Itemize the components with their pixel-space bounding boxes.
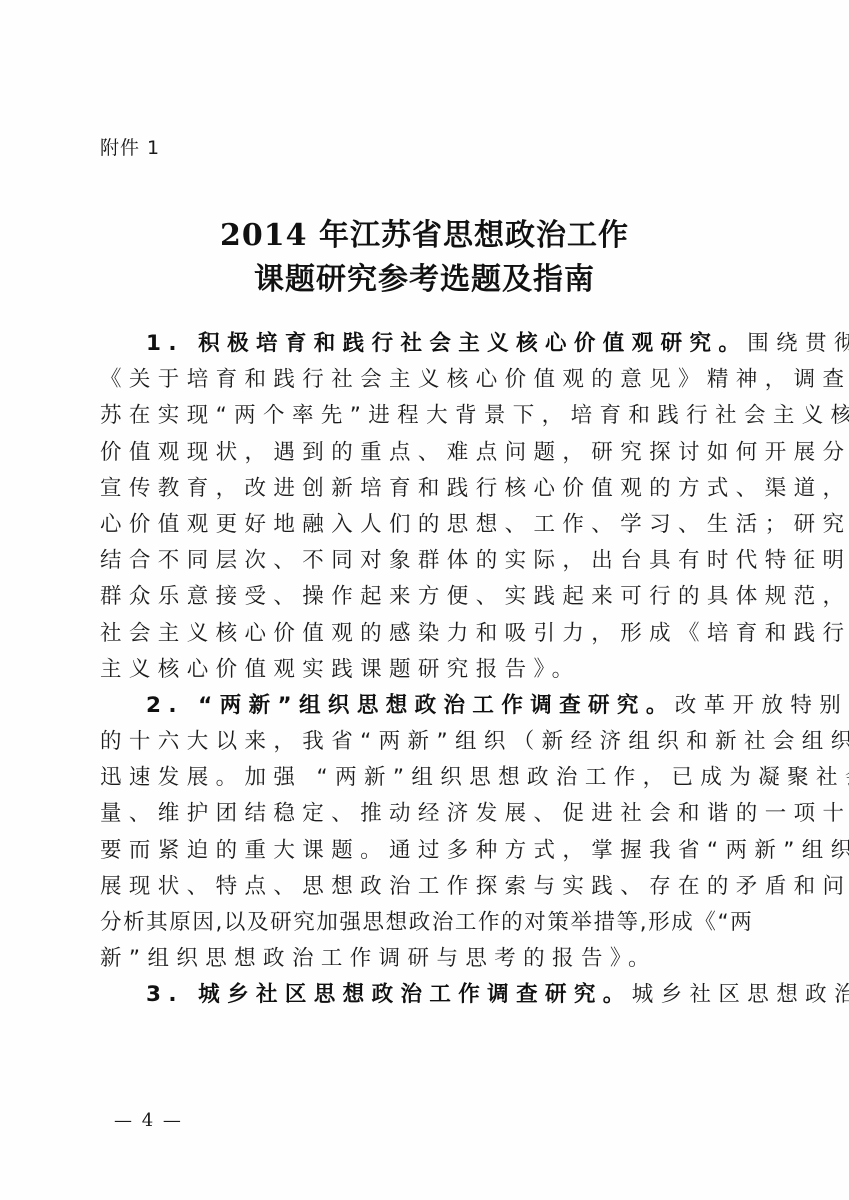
section-2-heading: “两新”组织思想政治工作调查研究。 xyxy=(198,693,675,718)
section-1-line: 宣传教育，改进创新培育和践行核心价值观的方式、渠道，使核 xyxy=(100,471,748,507)
attachment-label: 附件 1 xyxy=(100,133,160,160)
section-2-line: 展现状、特点、思想政治工作探索与实践、存在的矛盾和问题， xyxy=(100,869,748,905)
section-3-heading: 城乡社区思想政治工作调查研究。 xyxy=(198,982,632,1007)
document-title-line-1: 2014 年江苏省思想政治工作 xyxy=(0,210,849,254)
page-number: — 4 — xyxy=(114,1110,183,1131)
section-1-line: 群众乐意接受、操作起来方便、实践起来可行的具体规范，增强 xyxy=(100,579,748,615)
section-2-first-line: 2. “两新”组织思想政治工作调查研究。改革开放特别是党 xyxy=(100,688,748,724)
section-2-line: 分析其原因,以及研究加强思想政治工作的对策举措等,形成《“两 xyxy=(100,905,748,941)
section-3-text: 城乡社区思想政治工作 xyxy=(632,982,849,1007)
section-3-first-line: 3. 城乡社区思想政治工作调查研究。城乡社区思想政治工作 xyxy=(100,977,748,1013)
section-1-first-line: 1. 积极培育和践行社会主义核心价值观研究。围绕贯彻中办 xyxy=(100,326,748,362)
section-2-line: 新”组织思想政治工作调研与思考的报告》。 xyxy=(100,941,748,977)
section-1-line: 社会主义核心价值观的感染力和吸引力，形成《培育和践行社会 xyxy=(100,616,748,652)
document-title-line-2: 课题研究参考选题及指南 xyxy=(0,254,849,298)
document-page: 附件 1 2014 年江苏省思想政治工作 课题研究参考选题及指南 1. 积极培育… xyxy=(0,0,849,1200)
section-3-number: 3. xyxy=(146,982,184,1007)
section-2-line: 迅速发展。加强 “两新”组织思想政治工作，已成为凝聚社会力 xyxy=(100,760,748,796)
section-1-line: 价值观现状，遇到的重点、难点问题，研究探讨如何开展分众化 xyxy=(100,435,748,471)
section-2-line: 量、维护团结稳定、推动经济发展、促进社会和谐的一项十分重 xyxy=(100,796,748,832)
section-2-number: 2. xyxy=(146,693,184,718)
section-1-heading: 积极培育和践行社会主义核心价值观研究。 xyxy=(198,331,747,356)
section-1-line: 主义核心价值观实践课题研究报告》。 xyxy=(100,652,748,688)
section-2-text: 改革开放特别是党 xyxy=(675,693,849,718)
section-1-number: 1. xyxy=(146,331,184,356)
section-1-line: 心价值观更好地融入人们的思想、工作、学习、生活；研究如何 xyxy=(100,507,748,543)
section-1-text: 围绕贯彻中办 xyxy=(747,331,849,356)
section-2-line: 的十六大以来，我省“两新”组织（新经济组织和新社会组织） xyxy=(100,724,748,760)
document-body: 1. 积极培育和践行社会主义核心价值观研究。围绕贯彻中办 《关于培育和践行社会主… xyxy=(100,326,748,1014)
section-1-line: 苏在实现“两个率先”进程大背景下，培育和践行社会主义核心 xyxy=(100,398,748,434)
section-2-line: 要而紧迫的重大课题。通过多种方式，掌握我省“两新”组织发 xyxy=(100,833,748,869)
section-1-line: 《关于培育和践行社会主义核心价值观的意见》精神，调查研究江 xyxy=(100,362,748,398)
section-1-line: 结合不同层次、不同对象群体的实际，出台具有时代特征明显、 xyxy=(100,543,748,579)
